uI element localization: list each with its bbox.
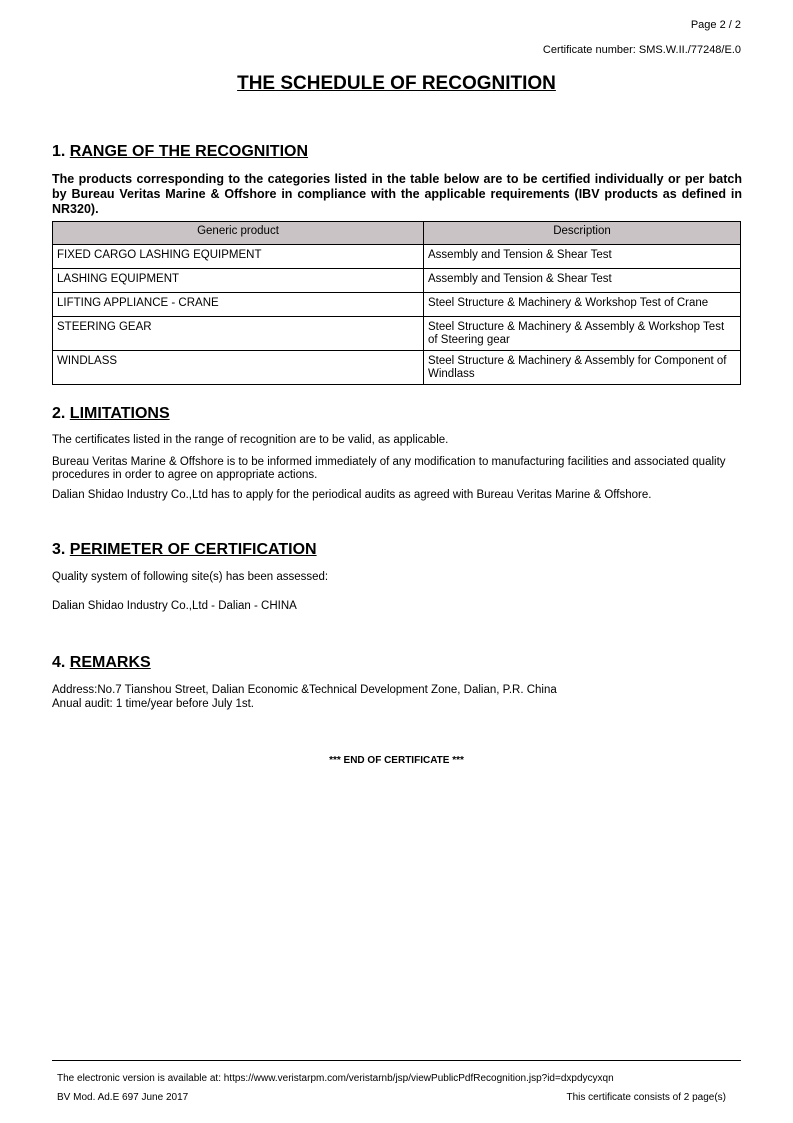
footer-divider [52,1060,741,1061]
section-heading-perimeter: 3. PERIMETER OF CERTIFICATION [52,541,317,559]
section-title: LIMITATIONS [70,405,170,422]
document-title: THE SCHEDULE OF RECOGNITION [0,73,793,95]
table-row: FIXED CARGO LASHING EQUIPMENT Assembly a… [53,245,741,269]
product-cell: LIFTING APPLIANCE - CRANE [53,293,424,317]
section-number: 2. [52,405,65,422]
end-of-certificate: *** END OF CERTIFICATE *** [0,755,793,766]
product-cell: FIXED CARGO LASHING EQUIPMENT [53,245,424,269]
section-number: 4. [52,654,65,671]
product-cell: WINDLASS [53,351,424,385]
column-header-generic-product: Generic product [53,222,424,245]
certificate-number: Certificate number: SMS.W.II./77248/E.0 [543,44,741,56]
section-number: 3. [52,541,65,558]
electronic-version-link[interactable]: The electronic version is available at: … [57,1073,614,1084]
description-cell: Steel Structure & Machinery & Workshop T… [424,293,741,317]
table-row: WINDLASS Steel Structure & Machinery & A… [53,351,741,385]
page-count: This certificate consists of 2 page(s) [566,1092,726,1103]
form-reference: BV Mod. Ad.E 697 June 2017 [57,1092,188,1103]
recognition-table: Generic product Description FIXED CARGO … [52,221,741,385]
remarks-audit: Anual audit: 1 time/year before July 1st… [52,698,742,711]
perimeter-paragraph: Quality system of following site(s) has … [52,571,742,584]
product-cell: LASHING EQUIPMENT [53,269,424,293]
table-row: STEERING GEAR Steel Structure & Machiner… [53,317,741,351]
description-cell: Steel Structure & Machinery & Assembly &… [424,317,741,351]
table-row: LIFTING APPLIANCE - CRANE Steel Structur… [53,293,741,317]
description-cell: Assembly and Tension & Shear Test [424,269,741,293]
section-heading-range: 1. RANGE OF THE RECOGNITION [52,143,308,161]
section-title: RANGE OF THE RECOGNITION [70,143,308,160]
perimeter-site: Dalian Shidao Industry Co.,Ltd - Dalian … [52,600,742,613]
limitations-paragraph: Bureau Veritas Marine & Offshore is to b… [52,456,742,482]
remarks-address: Address:No.7 Tianshou Street, Dalian Eco… [52,684,742,697]
description-cell: Steel Structure & Machinery & Assembly f… [424,351,741,385]
limitations-paragraph: Dalian Shidao Industry Co.,Ltd has to ap… [52,489,742,502]
range-intro-text: The products corresponding to the catego… [52,172,742,217]
section-title: PERIMETER OF CERTIFICATION [70,541,317,558]
page-number: Page 2 / 2 [691,19,741,31]
limitations-paragraph: The certificates listed in the range of … [52,434,742,447]
section-heading-remarks: 4. REMARKS [52,654,151,672]
section-title: REMARKS [70,654,151,671]
section-number: 1. [52,143,65,160]
description-cell: Assembly and Tension & Shear Test [424,245,741,269]
section-heading-limitations: 2. LIMITATIONS [52,405,170,423]
table-row: LASHING EQUIPMENT Assembly and Tension &… [53,269,741,293]
column-header-description: Description [424,222,741,245]
product-cell: STEERING GEAR [53,317,424,351]
table-header-row: Generic product Description [53,222,741,245]
